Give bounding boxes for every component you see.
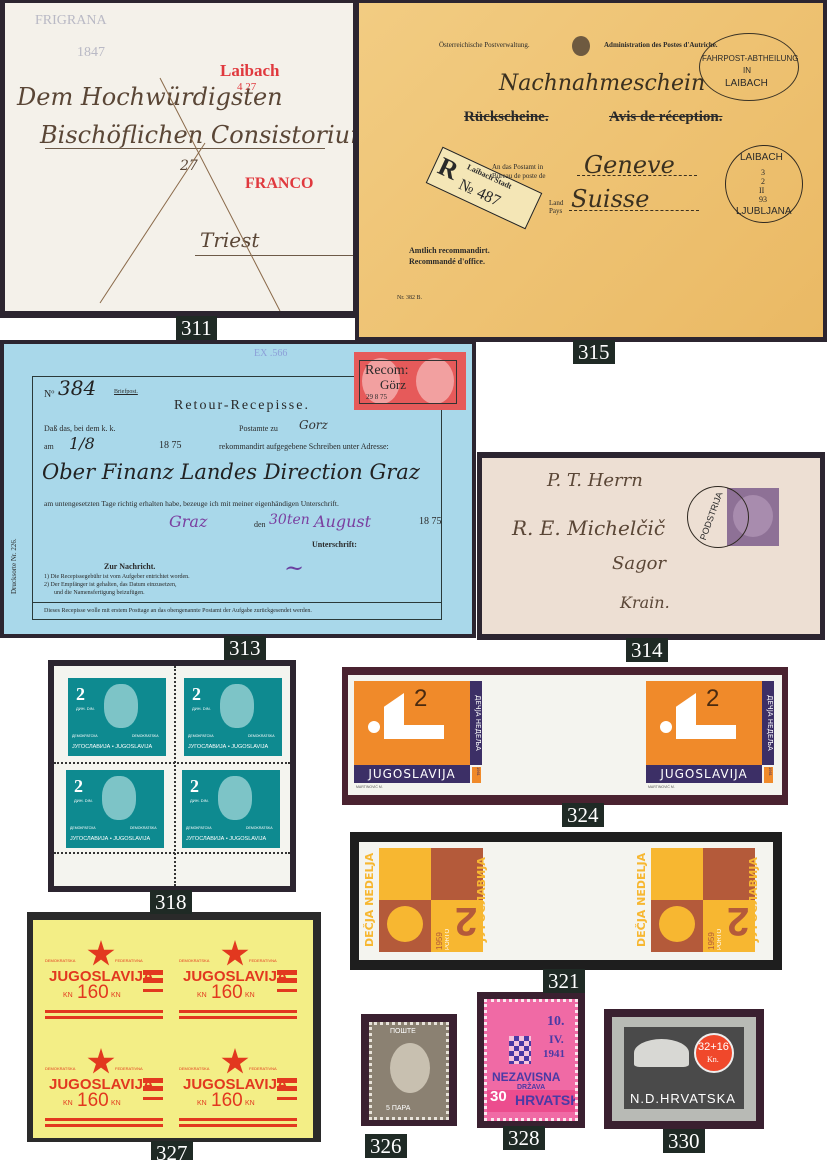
apple-icon — [387, 906, 423, 942]
portrait — [220, 684, 254, 728]
address-manuscript: Ober Finanz Landes Direction Graz — [42, 460, 420, 484]
lot-315[interactable]: Österreichische Postverwaltung. Administ… — [355, 0, 827, 362]
circular-cancel: LAIBACH 3 2 II 93 LJUBLJANA — [725, 145, 803, 223]
lot-number-324: 324 — [562, 803, 604, 827]
stamp-330: 32+16 Kn. N.D.HRVATSKA — [612, 1017, 756, 1121]
star-icon — [221, 940, 249, 968]
stamp-design: 32+16 Kn. N.D.HRVATSKA — [624, 1027, 744, 1109]
registration-label: R Laibach Stadt № 487 — [426, 147, 543, 230]
lot-313[interactable]: EX .566 Nº 384 Briefpost. Retour-Recepis… — [0, 340, 480, 660]
stamp-327: DEMOKRATSKAFEDERATIVNAJUGOSLAVIJAKN160KN — [45, 940, 169, 1032]
lot-324[interactable]: 2ДЕЧЈА НЕДЕЉАJUGOSLAVIJA1961MARTINOVIĆ M… — [340, 665, 790, 825]
lot-314[interactable]: P. T. Herrn R. E. Michelčič Sagor Krain.… — [475, 450, 827, 660]
star-icon — [87, 1048, 115, 1076]
cross-lines — [5, 3, 353, 311]
pair-324: 2ДЕЧЈА НЕДЕЉАJUGOSLAVIJA1961MARTINOVIĆ M… — [348, 675, 782, 795]
stamp-324: 2ДЕЧЈА НЕДЕЉАJUGOSLAVIJA1961MARTINOVIĆ M… — [646, 681, 774, 785]
signature-label: Unterschrift: — [312, 540, 357, 549]
pair-321: DEČJA NEDELJA21959PORTOЈУГОСЛАВИЈАDEČJA … — [359, 842, 773, 960]
stamp-326: ПОШТЕ 5 ПАРА — [369, 1022, 449, 1120]
struck-heading-right: Avis de réception. — [609, 109, 722, 126]
lot-number-313: 313 — [224, 636, 266, 660]
lot-327[interactable]: DEMOKRATSKAFEDERATIVNAJUGOSLAVIJAKN160KN… — [25, 910, 325, 1160]
lot-number-311: 311 — [176, 316, 217, 340]
stamp-328: 10. IV. 1941 NEZAVISNA DRŽAVA 30 HRVATSK… — [484, 999, 578, 1121]
star-icon — [87, 940, 115, 968]
lot-321[interactable]: DEČJA NEDELJA21959PORTOЈУГОСЛАВИЈАDEČJA … — [345, 830, 785, 990]
stamp-318: 2ДИН. DIN.ДЕМОКРАТСКАDEMOKRATSKAЈУГОСЛАВ… — [184, 678, 282, 756]
eagle-icon — [572, 36, 590, 56]
lot-number-318: 318 — [150, 890, 192, 914]
stamp-321: DEČJA NEDELJA21959PORTOЈУГОСЛАВИЈА — [363, 846, 489, 954]
box-cancel: Recom: Görz 29 8 75 — [359, 360, 457, 404]
cover-311: FRIGRANA 1847 Laibach 4 27 Dem Hochwürdi… — [5, 3, 353, 311]
checkerboard-icon — [509, 1036, 531, 1064]
lot-number-315: 315 — [573, 340, 615, 364]
stamp-327: DEMOKRATSKAFEDERATIVNAJUGOSLAVIJAKN160KN — [179, 1048, 303, 1138]
stamp-pair: Recom: Görz 29 8 75 — [354, 352, 466, 410]
form-number: Nr. 382 B. — [397, 295, 422, 301]
block-327: DEMOKRATSKAFEDERATIVNAJUGOSLAVIJAKN160KN… — [33, 920, 313, 1138]
cover-314: P. T. Herrn R. E. Michelčič Sagor Krain.… — [482, 458, 820, 634]
flower-icon — [660, 721, 672, 733]
lot-326[interactable]: ПОШТЕ 5 ПАРА 326 — [355, 1010, 465, 1160]
address-country: Suisse — [571, 185, 649, 213]
wing-icon — [634, 1039, 689, 1067]
flower-icon — [368, 721, 380, 733]
portrait — [218, 776, 252, 820]
manuscript-note: Nachnahmeschein — [499, 71, 705, 96]
lot-328[interactable]: 10. IV. 1941 NEZAVISNA DRŽAVA 30 HRVATSK… — [475, 990, 595, 1160]
stamp-327: DEMOKRATSKAFEDERATIVNAJUGOSLAVIJAKN160KN — [45, 1048, 169, 1138]
header-left: Österreichische Postverwaltung. — [439, 41, 530, 49]
receipt-313: EX .566 Nº 384 Briefpost. Retour-Recepis… — [4, 344, 472, 634]
apple-icon — [659, 906, 695, 942]
value-disc: 32+16 Kn. — [694, 1033, 734, 1073]
lot-330[interactable]: 32+16 Kn. N.D.HRVATSKA 330 — [600, 1005, 770, 1160]
oval-cancel: FAHRPOST-ABTHEILUNG IN LAIBACH — [699, 33, 799, 101]
stamp-318: 2ДИН. DIN.ДЕМОКРАТСКАDEMOKRATSKAЈУГОСЛАВ… — [182, 770, 280, 848]
lot-number-327: 327 — [151, 1141, 193, 1160]
form-title: Retour-Recepisse. — [174, 398, 310, 414]
circular-cancel: PODSTRIJA — [687, 486, 749, 548]
portrait — [104, 684, 138, 728]
signature: ~ — [284, 554, 304, 582]
stamp-327: DEMOKRATSKAFEDERATIVNAJUGOSLAVIJAKN160KN — [179, 940, 303, 1032]
star-icon — [221, 1048, 249, 1076]
lot-number-314: 314 — [626, 638, 668, 662]
stamp-318: 2ДИН. DIN.ДЕМОКРАТСКАDEMOKRATSKAЈУГОСЛАВ… — [66, 770, 164, 848]
header-right: Administration des Postes d'Autriche. — [604, 41, 718, 49]
lot-number-326: 326 — [365, 1134, 407, 1158]
stamp-318: 2ДИН. DIN.ДЕМОКРАТСКАDEMOKRATSKAЈУГОСЛАВ… — [68, 678, 166, 756]
lot-number-321: 321 — [543, 969, 585, 993]
portrait — [390, 1043, 430, 1093]
struck-heading-left: Rückscheine. — [464, 109, 549, 126]
lot-318[interactable]: 2ДИН. DIN.ДЕМОКРАТСКАDEMOKRATSKAЈУГОСЛАВ… — [40, 660, 300, 910]
portrait — [102, 776, 136, 820]
lot-number-328: 328 — [503, 1126, 545, 1150]
block-318: 2ДИН. DIN.ДЕМОКРАТСКАDEMOKRATSKAЈУГОСЛАВ… — [54, 666, 290, 886]
stamp-324: 2ДЕЧЈА НЕДЕЉАJUGOSLAVIJA1961MARTINOVIĆ M… — [354, 681, 482, 785]
cover-315: Österreichische Postverwaltung. Administ… — [359, 3, 823, 337]
stamp-321: DEČJA NEDELJA21959PORTOЈУГОСЛАВИЈА — [635, 846, 761, 954]
lot-311[interactable]: FRIGRANA 1847 Laibach 4 27 Dem Hochwürdi… — [0, 0, 357, 340]
lot-number-330: 330 — [663, 1129, 705, 1153]
